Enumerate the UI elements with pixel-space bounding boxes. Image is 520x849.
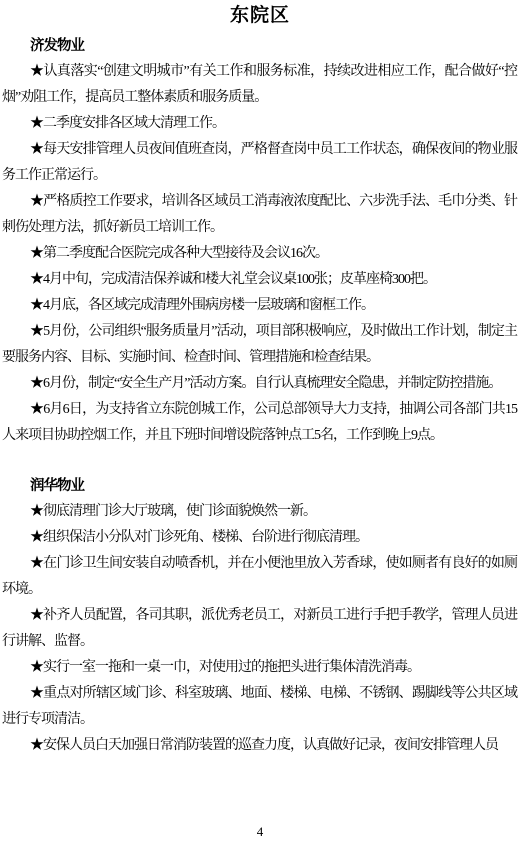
bullet-item: ★5月份，公司组织“服务质量月”活动，项目部积极响应，及时做出工作计划，制定主要… (2, 319, 517, 371)
bullet-item: ★6月6日，为支持省立东院创城工作，公司总部领导大力支持，抽调公司各部门共15人… (2, 397, 517, 449)
page-title: 东院区 (0, 0, 520, 30)
bullet-item: ★严格质控工作要求，培训各区域员工消毒液浓度配比、六步洗手法、毛巾分类、针刺伤处… (2, 189, 517, 241)
bullet-item: ★在门诊卫生间安装自动喷香机，并在小便池里放入芳香球，使如厕者有良好的如厕环境。 (2, 551, 517, 603)
bullet-item: ★组织保洁小分队对门诊死角、楼梯、台阶进行彻底清理。 (2, 525, 517, 551)
bullet-item: ★补齐人员配置，各司其职，派优秀老员工，对新员工进行手把手教学，管理人员进行讲解… (2, 603, 517, 655)
document-body: 济发物业★认真落实“创建文明城市”有关工作和服务标准，持续改进相应工作，配合做好… (0, 33, 520, 759)
bullet-item: ★二季度安排各区域大清理工作。 (2, 111, 517, 137)
bullet-item: ★4月中旬，完成清洁保养诚和楼大礼堂会议桌100张；皮革座椅300把。 (2, 267, 517, 293)
bullet-item: ★认真落实“创建文明城市”有关工作和服务标准，持续改进相应工作，配合做好“控烟”… (2, 59, 517, 111)
bullet-item: ★重点对所辖区域门诊、科室玻璃、地面、楼梯、电梯、不锈钢、踢脚线等公共区域进行专… (2, 681, 517, 733)
section: 润华物业★彻底清理门诊大厅玻璃，使门诊面貌焕然一新。★组织保洁小分队对门诊死角、… (2, 473, 517, 759)
section: 济发物业★认真落实“创建文明城市”有关工作和服务标准，持续改进相应工作，配合做好… (2, 33, 517, 449)
section-heading: 济发物业 (2, 33, 517, 59)
bullet-item: ★6月份，制定“安全生产月”活动方案。自行认真梳理安全隐患，并制定防控措施。 (2, 371, 517, 397)
document-page: 东院区 济发物业★认真落实“创建文明城市”有关工作和服务标准，持续改进相应工作，… (0, 0, 520, 849)
bullet-item: ★彻底清理门诊大厅玻璃，使门诊面貌焕然一新。 (2, 499, 517, 525)
bullet-item: ★4月底，各区域完成清理外围病房楼一层玻璃和窗框工作。 (2, 293, 517, 319)
bullet-item: ★第二季度配合医院完成各种大型接待及会议16次。 (2, 241, 517, 267)
bullet-item: ★实行一室一拖和一桌一巾，对使用过的拖把头进行集体清洗消毒。 (2, 655, 517, 681)
bullet-item: ★每天安排管理人员夜间值班查岗，严格督查岗中员工工作状态，确保夜间的物业服务工作… (2, 137, 517, 189)
section-heading: 润华物业 (2, 473, 517, 499)
page-number: 4 (0, 824, 520, 840)
bullet-item: ★安保人员白天加强日常消防装置的巡查力度，认真做好记录，夜间安排管理人员 (2, 733, 517, 759)
